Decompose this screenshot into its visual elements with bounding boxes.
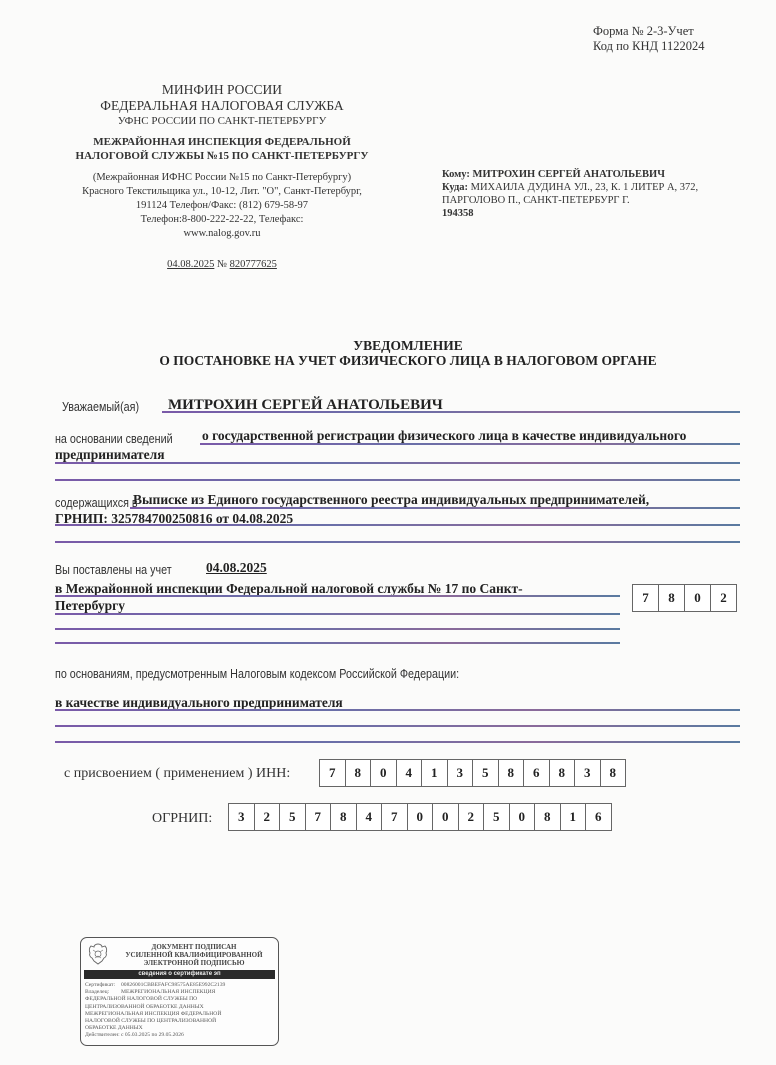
underline — [162, 411, 740, 413]
authority-line2: Петербургу — [55, 598, 125, 614]
basis-label: на основании сведений — [55, 432, 173, 446]
underline — [55, 642, 620, 644]
regional-office: УФНС РОССИИ ПО САНКТ-ПЕТЕРБУРГУ — [62, 114, 382, 129]
inspection-name: МЕЖРАЙОННАЯ ИНСПЕКЦИЯ ФЕДЕРАЛЬНОЙ НАЛОГО… — [62, 135, 382, 163]
ogrnip-digit: 4 — [357, 804, 383, 830]
document-registration: 04.08.2025 № 820777625 — [62, 259, 382, 270]
form-number: Форма № 2-3-Учет — [593, 24, 704, 39]
inn-digit: 8 — [550, 760, 576, 786]
ogrnip-digit: 3 — [229, 804, 255, 830]
form-code-block: Форма № 2-3-Учет Код по КНД 1122024 — [593, 24, 704, 54]
owner-line5: НАЛОГОВОЙ СЛУЖБЫ ПО ЦЕНТРАЛИЗОВАННОЙ — [85, 1018, 275, 1025]
ogrnip-digit: 5 — [280, 804, 306, 830]
ogrnip-digit: 7 — [306, 804, 332, 830]
underline — [55, 462, 740, 464]
code-cell: 7 — [633, 585, 659, 611]
code-cell: 0 — [685, 585, 711, 611]
document-number: 820777625 — [230, 259, 277, 270]
ogrnip-label: ОГРНИП: — [152, 811, 212, 827]
authority-code-cells: 7 8 0 2 — [632, 584, 737, 612]
ogrnip-digit: 8 — [331, 804, 357, 830]
document-number-label: № — [217, 259, 227, 270]
grounds-label: по основаниям, предусмотренным Налоговым… — [55, 667, 459, 681]
underline — [200, 443, 740, 445]
salutation-label: Уважаемый(ая) — [62, 400, 139, 414]
valid-value: с 05.03.2025 по 29.05.2026 — [121, 1032, 184, 1038]
basis-value-line1: о государственной регистрации физическог… — [202, 428, 686, 444]
stamp-heading-line3: ЭЛЕКТРОННОЙ ПОДПИСЬЮ — [115, 959, 273, 967]
inn-label: с присвоением ( применением ) ИНН: — [64, 766, 290, 782]
ogrnip-digit: 0 — [408, 804, 434, 830]
underline — [55, 595, 620, 597]
registered-label: Вы поставлены на учет — [55, 563, 172, 577]
inn-digit: 4 — [397, 760, 423, 786]
certificate-info-bar: сведения о сертификате эп — [84, 970, 275, 979]
issuer-short-name: (Межрайонная ИФНС России №15 по Санкт-Пе… — [62, 171, 382, 185]
owner-line4: МЕЖРЕГИОНАЛЬНАЯ ИНСПЕКЦИЯ ФЕДЕРАЛЬНОЙ — [85, 1011, 275, 1018]
title-line2: О ПОСТАНОВКЕ НА УЧЕТ ФИЗИЧЕСКОГО ЛИЦА В … — [0, 353, 776, 368]
basis-value-line2: предпринимателя — [55, 447, 165, 463]
owner-line2: ФЕДЕРАЛЬНОЙ НАЛОГОВОЙ СЛУЖБЫ ПО — [85, 996, 275, 1003]
cert-label: Сертификат: — [85, 982, 121, 989]
recipient-to-label: Кому: — [442, 169, 470, 180]
underline — [55, 628, 620, 630]
owner-line3: ЦЕНТРАЛИЗОВАННОЙ ОБРАБОТКЕ ДАННЫХ — [85, 1004, 275, 1011]
recipient-address-line1: МИХАИЛА ДУДИНА УЛ., 23, К. 1 ЛИТЕР А, 37… — [471, 182, 699, 193]
inn-digit: 3 — [575, 760, 601, 786]
underline — [55, 541, 740, 543]
stamp-heading: ДОКУМЕНТ ПОДПИСАН УСИЛЕННОЙ КВАЛИФИЦИРОВ… — [115, 943, 273, 967]
code-cell: 2 — [711, 585, 737, 611]
inn-digit: 0 — [371, 760, 397, 786]
ogrnip-digit: 0 — [510, 804, 536, 830]
source-label: содержащихся в — [55, 496, 138, 510]
recipient-address-line2: ПАРГОЛОВО П., САНКТ-ПЕТЕРБУРГ Г. — [442, 194, 698, 207]
document-date: 04.08.2025 — [167, 259, 214, 270]
underline — [55, 709, 740, 711]
issuer-contacts: (Межрайонная ИФНС России №15 по Санкт-Пе… — [62, 171, 382, 241]
ogrnip-digit: 7 — [382, 804, 408, 830]
inn-digit: 8 — [346, 760, 372, 786]
ogrnip-digit: 5 — [484, 804, 510, 830]
registered-date: 04.08.2025 — [206, 560, 267, 576]
ogrnip-digit: 2 — [459, 804, 485, 830]
underline — [55, 479, 740, 481]
underline — [55, 613, 620, 615]
underline — [55, 741, 740, 743]
ogrnip-digit: 1 — [561, 804, 587, 830]
valid-label: Действителен: — [85, 1032, 121, 1039]
ogrnip-cells: 3 2 5 7 8 4 7 0 0 2 5 0 8 1 6 — [228, 803, 612, 831]
inn-digit: 7 — [320, 760, 346, 786]
title-line1: УВЕДОМЛЕНИЕ — [0, 338, 776, 353]
inspection-name-line2: НАЛОГОВОЙ СЛУЖБЫ №15 ПО САНКТ-ПЕТЕРБУРГУ — [62, 149, 382, 163]
inn-digit: 3 — [448, 760, 474, 786]
ministry-name: МИНФИН РОССИИ — [62, 82, 382, 98]
recipient-postcode: 194358 — [442, 208, 474, 219]
owner-line1: МЕЖРЕГИОНАЛЬНАЯ ИНСПЕКЦИЯ — [121, 989, 215, 995]
issuer-website: www.nalog.gov.ru — [62, 227, 382, 241]
source-value-line1: Выписке из Единого государственного реес… — [133, 492, 649, 508]
underline — [55, 524, 740, 526]
issuer-block: МИНФИН РОССИИ ФЕДЕРАЛЬНАЯ НАЛОГОВАЯ СЛУЖ… — [62, 82, 382, 270]
stamp-heading-line1: ДОКУМЕНТ ПОДПИСАН — [115, 943, 273, 951]
issuer-address-line1: Красного Текстильщика ул., 10-12, Лит. "… — [62, 185, 382, 199]
inn-digit: 1 — [422, 760, 448, 786]
recipient-block: Кому: МИТРОХИН СЕРГЕЙ АНАТОЛЬЕВИЧ Куда: … — [442, 168, 698, 220]
issuer-address-line2: 191124 Телефон/Факс: (812) 679-58-97 — [62, 199, 382, 213]
ogrnip-digit: 6 — [586, 804, 612, 830]
stamp-heading-line2: УСИЛЕННОЙ КВАЛИФИЦИРОВАННОЙ — [115, 951, 273, 959]
inn-digit: 8 — [499, 760, 525, 786]
inn-digit: 6 — [524, 760, 550, 786]
recipient-address-label: Куда: — [442, 182, 468, 193]
coat-of-arms-icon — [87, 942, 109, 966]
cert-value: 00826001CBBEFAFC98575AE85E992C2139 — [121, 982, 225, 988]
inn-digit: 5 — [473, 760, 499, 786]
certificate-details: Сертификат:00826001CBBEFAFC98575AE85E992… — [85, 982, 275, 1040]
ogrnip-digit: 2 — [255, 804, 281, 830]
inspection-name-line1: МЕЖРАЙОННАЯ ИНСПЕКЦИЯ ФЕДЕРАЛЬНОЙ — [62, 135, 382, 149]
underline — [130, 507, 740, 509]
recipient-name: МИТРОХИН СЕРГЕЙ АНАТОЛЬЕВИЧ — [473, 169, 665, 180]
issuer-phone: Телефон:8-800-222-22-22, Телефакс: — [62, 213, 382, 227]
electronic-signature-stamp: ДОКУМЕНТ ПОДПИСАН УСИЛЕННОЙ КВАЛИФИЦИРОВ… — [80, 937, 279, 1046]
inn-digit: 8 — [601, 760, 627, 786]
underline — [55, 725, 740, 727]
code-cell: 8 — [659, 585, 685, 611]
document-title: УВЕДОМЛЕНИЕ О ПОСТАНОВКЕ НА УЧЕТ ФИЗИЧЕС… — [0, 338, 776, 368]
ogrnip-digit: 8 — [535, 804, 561, 830]
inn-cells: 7 8 0 4 1 3 5 8 6 8 3 8 — [319, 759, 626, 787]
service-name: ФЕДЕРАЛЬНАЯ НАЛОГОВАЯ СЛУЖБА — [62, 98, 382, 114]
knd-code: Код по КНД 1122024 — [593, 39, 704, 54]
ogrnip-digit: 0 — [433, 804, 459, 830]
